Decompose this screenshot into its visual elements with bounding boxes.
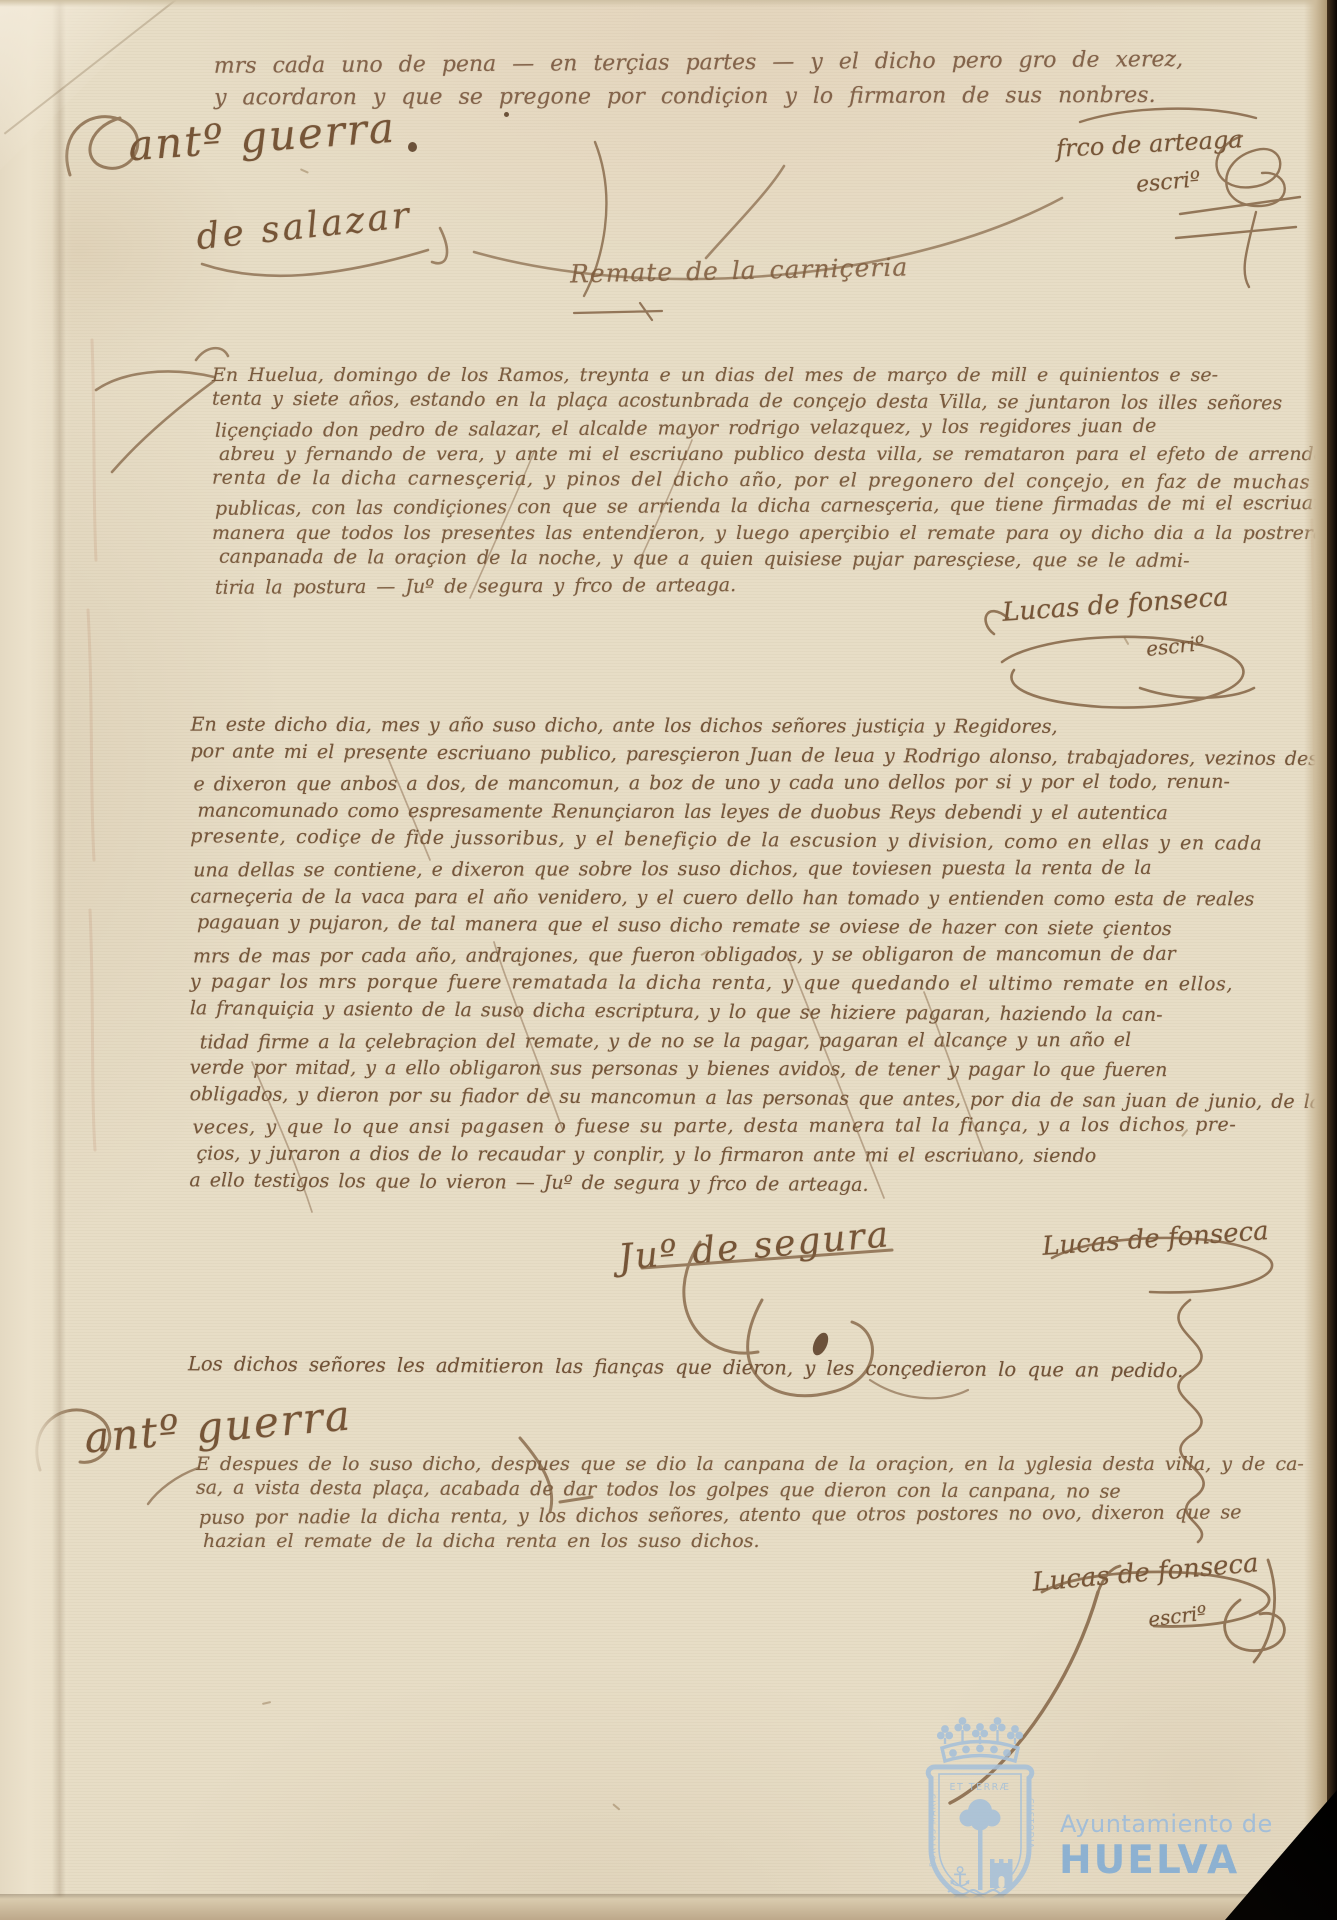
signature-fonseca-3: Lucas de fonseca	[1031, 1548, 1260, 1598]
manuscript-line: hazian el remate de la dicha renta en lo…	[203, 1529, 1281, 1555]
signature-fonseca-2: Lucas de fonseca	[1041, 1216, 1269, 1262]
manuscript-line: En Huelua, domingo de los Ramos, treynta…	[212, 362, 1280, 388]
admission-note: Los dichos señores les admitieron las fi…	[188, 1352, 1258, 1382]
manuscript-line: abreu y fernando de vera, y ante mi el e…	[219, 441, 1280, 467]
act2-paragraph: En este dicho dia, mes y año suso dicho,…	[189, 711, 1275, 1200]
signature-guerra: antº guerra	[127, 103, 398, 171]
act3-capital-flourish	[148, 1468, 198, 1504]
paper-fiber	[613, 1803, 621, 1810]
manuscript-line: veces, y que lo que ansi pagasen o fuese…	[193, 1111, 1278, 1142]
huelva-coat-of-arms: ET TERRÆ PORTUS MARIS CUSTODIA ⚓	[918, 1708, 1042, 1914]
crown-icon	[937, 1718, 1022, 1761]
motto-top-label: ET TERRÆ	[949, 1782, 1010, 1793]
manuscript-line: liçençiado don pedro de salazar, el alca…	[215, 412, 1283, 444]
manuscript-line: manera que todos los presentes las enten…	[212, 520, 1280, 546]
manuscript-line: e dixeron que anbos a dos, de mancomun, …	[193, 768, 1278, 799]
archival-scan: mrs cada uno de pena — en terçias partes…	[0, 0, 1337, 1920]
paper-fiber	[300, 168, 309, 173]
act1-paragraph: En Huelua, domingo de los Ramos, treynta…	[212, 362, 1280, 599]
manuscript-page: mrs cada uno de pena — en terçias partes…	[0, 0, 1337, 1920]
paper-fiber	[1124, 636, 1130, 645]
manuscript-line: tidad firme a la çelebraçion del remate,…	[200, 1025, 1278, 1056]
manuscript-line: publicas, con las condiçiones con que se…	[215, 491, 1283, 523]
signature-fonseca-1-title: escriº	[1145, 631, 1206, 661]
page-right-shadow	[1327, 0, 1337, 1920]
underlying-page-edge	[1304, 0, 1330, 1920]
manuscript-line: E despues de lo suso dicho, despues que …	[196, 1452, 1281, 1478]
motto-left-label: PORTUS MARIS	[929, 1793, 938, 1867]
manuscript-line: a ello testigos los que lo vieron — Juº …	[189, 1166, 1274, 1202]
admission-flourish	[870, 1380, 968, 1398]
manuscript-line: la franquiçia y asiento de la suso dicha…	[190, 994, 1275, 1030]
signature-salazar: de salazar	[194, 195, 413, 258]
page-topleft-crease	[4, 0, 186, 135]
paper-fiber	[262, 1701, 271, 1704]
stamp-org-line1: Ayuntamiento de	[1060, 1810, 1300, 1838]
signature-arteaga: frco de arteaga	[1055, 125, 1243, 163]
manuscript-line: puso por nadie la dicha renta, y los dic…	[199, 1500, 1284, 1531]
ink-blot	[810, 1330, 832, 1357]
ink-blot	[408, 142, 417, 152]
manuscript-line: çios, y juraron a dios de lo recaudar y …	[196, 1140, 1274, 1171]
crown-trefoils	[937, 1718, 1022, 1744]
page-bottom-edge	[0, 1894, 1337, 1920]
page-top-edge	[0, 0, 1337, 7]
tower-icon	[990, 1859, 1013, 1888]
anchor-icon: ⚓	[948, 1862, 972, 1893]
manuscript-line: En este dicho dia, mes y año suso dicho,…	[191, 711, 1276, 742]
manuscript-line: mrs cada uno de pena — en terçias partes…	[214, 42, 1299, 84]
section-heading: Remate de la carniçeria	[570, 252, 909, 288]
manuscript-line: una dellas se contiene, e dixeron que so…	[193, 854, 1278, 885]
manuscript-line: mrs de mas por cada año, andrajones, que…	[193, 939, 1278, 970]
signature-segura: Juº de segura	[617, 1214, 892, 1279]
page-left-crease	[52, 0, 66, 1920]
motto-right-label: CUSTODIA	[1026, 1798, 1035, 1849]
page-left-fold	[0, 0, 72, 1920]
signature-arteaga-title: escriº	[1135, 167, 1201, 198]
stamp-org-line2: HUELVA	[1059, 1838, 1299, 1883]
act3-paragraph: E despues de lo suso dicho, despues que …	[196, 1452, 1281, 1554]
heading-cross-mark	[574, 303, 662, 320]
act1-capital-flourish	[96, 348, 228, 472]
signature-fonseca-3-title: escriº	[1147, 1601, 1208, 1632]
ink-blot	[504, 112, 509, 117]
